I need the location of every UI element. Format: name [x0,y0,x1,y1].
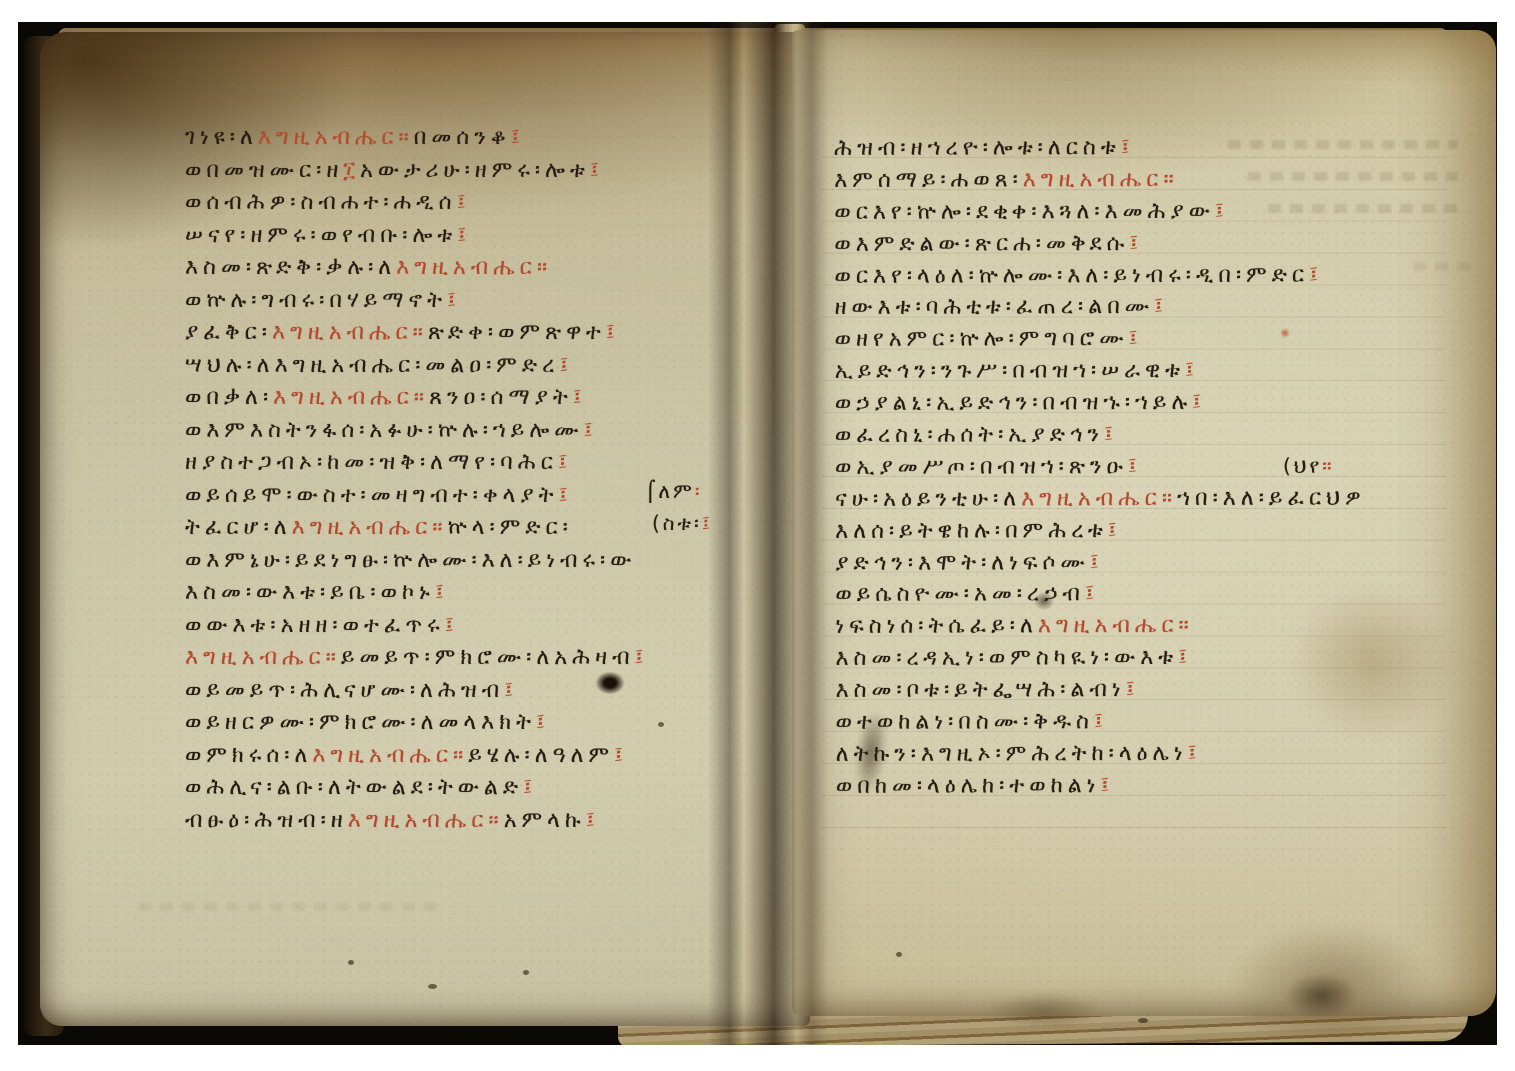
text-line: እስመ፡ረዳኢነ፡ወምስካዪነ፡ውእቱ፤ [835,644,1483,678]
ink-text: እስመ፡ቦቱ፡ይትፌሣሕ፡ልብነ [836,677,1126,703]
rubric-text: ፤ [590,158,604,183]
rubric-text: ፤ [435,580,449,605]
ink-text: ናሁ፡አዕይንቲሁ፡ለ [835,486,1021,511]
text-line: ለትኩን፡እግዚኦ፡ምሕረትከ፡ላዕሌነ፤ [836,740,1484,774]
rubric-text: ፤ [559,483,573,508]
ink-text: እምሰማይ፡ሐወጸ፡ [834,167,1023,192]
text-line: ወኃያልኒ፡ኢይድኅን፡በብዝኁ፡ኀይሉ፤ [835,389,1483,423]
ink-text: ወእምእስትንፋሰ፡አፉሁ፡ኵሉ፡ኀይሎሙ [185,418,584,443]
ink-text: ወኃያልኒ፡ኢይድኅን፡በብዝኁ፡ኀይሉ [835,390,1192,416]
ink-text: ወበመዝሙር፡ዘ [185,158,343,183]
rubric-text: ፤ [1085,582,1099,607]
ink-text: ሕዝብ፡ዘኀረዮ፡ሎቱ፡ለርስቱ [834,135,1121,161]
ink-text: አውታሪሁ፡ዘምሩ፡ሎቱ [360,158,590,183]
text-line: ወተወከልነ፡በስሙ፡ቅዱስ፤ [836,708,1484,742]
text-line: ብፁዕ፡ሕዝብ፡ዘእግዚአብሔር።አምላኩ፤ [185,808,791,841]
rubric-text: እግዚአብሔር። [1021,486,1177,511]
ink-text: ወይሴስዮሙ፡አመ፡ረኃብ [835,582,1085,608]
rubric-text: ፤ [584,418,598,443]
ink-text: ወይሰይሞ፡ውስተ፡መዛግብተ፡ቀላያት [185,483,559,508]
text-line: እግዚአብሔር።ይመይጥ፡ምክሮሙ፡ለአሕዛብ፤ [185,645,791,678]
rubric-text: ፤ [457,190,471,215]
text-line: ዘውእቱ፡ባሕቲቱ፡ፈጠረ፡ልበሙ፤ [835,294,1483,328]
rubric-text: ፤ [1108,518,1122,543]
text-block-left: ገነዩ፡ለእግዚአብሔር።በመሰንቆ፤ወበመዝሙር፡ዘ፲አውታሪሁ፡ዘምሩ፡ሎቱ… [185,125,791,840]
text-line: እለሰ፡ይትዌከሉ፡በምሕረቱ፤ [835,517,1483,551]
show-through-line [138,902,438,911]
ink-text: ዘውእቱ፡ባሕቲቱ፡ፈጠረ፡ልበሙ [835,294,1155,320]
text-line: ወእምእስትንፋሰ፡አፉሁ፡ኵሉ፡ኀይሎሙ፤ [185,418,791,451]
rubric-text: ፤ [1129,231,1143,256]
text-line: ትፈርሆ፡ለእግዚአብሔር።ኵላ፡ምድር፡(ስቱ፡፤ [185,515,791,548]
rubric-text: ፤ [1154,294,1168,319]
text-line: ወምክሩሰ፡ለእግዚአብሔር።ይሄሉ፡ለዓለም፤ [185,743,791,776]
text-line: እምሰማይ፡ሐወጸ፡እግዚአብሔር። [834,166,1482,200]
ink-text: ወተወከልነ፡በስሙ፡ቅዱስ [836,709,1094,735]
text-line: ወእምኔሁ፡ይደነግፁ፡ኵሎሙ፡እለ፡ይነብሩ፡ው [185,548,791,581]
rubric-text: ፤ [606,320,620,345]
ink-text: ገነዩ፡ለ [185,125,258,150]
text-line: ሠናየ፡ዘምሩ፡ወየብቡ፡ሎቱ፤ [185,223,791,256]
speck [896,952,902,957]
text-line: ወርእየ፡ላዕለ፡ኵሎሙ፡እለ፡ይነብሩ፡ዲበ፡ምድር፤ [834,262,1482,296]
marginal-note: (ስቱ፡፤ [652,511,713,535]
text-line: እስመ፡ውእቱ፡ይቤ፡ወኮኑ፤ [185,580,791,613]
ink-text: ብፁዕ፡ሕዝብ፡ዘ [185,808,348,833]
text-line: ወሕሊና፡ልቡ፡ለትውልደ፡ትውልድ፤ [185,775,791,808]
rubric-text: እግዚአብሔር። [185,645,341,670]
rubric-text: ። [1322,453,1334,477]
text-line: ወይመይጥ፡ሕሊናሆሙ፡ለሕዝብ፤ [185,678,791,711]
rubric-text: እግዚአብሔር። [348,808,504,833]
ink-text: ወኢያመሥጦ፡በብዝኀ፡ጽንዑ [835,454,1128,480]
ink-text: ጽድቀ፡ወምጽዋተ [428,320,606,345]
ink-text: ወሕሊና፡ልቡ፡ለትውልደ፡ትውልድ [185,775,523,800]
ink-text: ነፍስነሰ፡ትሴፈይ፡ለ [835,614,1037,640]
ink-text: አምላኩ [504,808,586,833]
ink-text: ወይዘርዎሙ፡ምክሮሙ፡ለመላእክት [185,710,536,735]
ink-text: እስመ፡ረዳኢነ፡ወምስካዪነ፡ውእቱ [835,645,1178,671]
rubric-text: ፤ [1128,454,1142,479]
rubric-text: ፤ [1100,773,1114,798]
rubric-text: ፤ [447,288,461,313]
ink-text: ወበከመ፡ላዕሌከ፡ተወከልነ [836,773,1101,799]
text-line: ወበቃለ፡እግዚአብሔር።ጸንዐ፡ሰማያት፤ [185,385,791,418]
ink-text: ወይመይጥ፡ሕሊናሆሙ፡ለሕዝብ [185,678,504,703]
marginal-note: ⌠ለም፡ [645,479,703,503]
rubric-text: ፤ [586,808,600,833]
rubric-text: ፤ [1090,550,1104,575]
ink-text: ⌠ለም [645,479,695,503]
text-line: ወኢያመሥጦ፡በብዝኀ፡ጽንዑ፤(ህየ። [835,453,1483,487]
text-line: ያድኅን፡እሞት፡ለነፍሶሙ፤ [835,549,1483,583]
text-line: እስመ፡ጽድቅ፡ቃሉ፡ለእግዚአብሔር። [185,255,791,288]
text-line: ወርእየ፡ኵሎ፡ደቂቀ፡እጓለ፡እመሕያው፤ [834,198,1482,232]
text-line: ወውእቱ፡አዘዘ፡ወተፈጥሩ፤ [185,613,791,646]
text-line: ያፈቅር፡እግዚአብሔር።ጽድቀ፡ወምጽዋተ፤ [185,320,791,353]
speck [348,960,354,965]
rubric-text: ፤ [573,385,587,410]
rubric-text: እግዚአብሔር። [1038,613,1194,638]
rubric-text: ፤ [1126,677,1140,702]
rubric-text: ፤ [614,743,628,768]
text-line: ገነዩ፡ለእግዚአብሔር።በመሰንቆ፤ [185,125,791,158]
rubric-text: ፤ [504,678,518,703]
rubric-text: ፤ [1185,358,1199,383]
rubric-text: እግዚአብሔር። [1023,167,1179,192]
text-line: ነፍስነሰ፡ትሴፈይ፡ለእግዚአብሔር። [835,613,1483,647]
ink-text: ወእምድልው፡ጽርሐ፡መቅደሱ [834,231,1129,257]
manuscript-photo: ገነዩ፡ለእግዚአብሔር።በመሰንቆ፤ወበመዝሙር፡ዘ፲አውታሪሁ፡ዘምሩ፡ሎቱ… [18,22,1497,1045]
rubric-text: ፤ [1129,326,1143,351]
rubric-text: ፤ [511,125,525,150]
rubric-text: ፤ [1309,262,1323,287]
text-line: ወኵሉ፡ግብሩ፡በሃይማኖት፤ [185,288,791,321]
text-line: ሕዝብ፡ዘኀረዮ፡ሎቱ፡ለርስቱ፤ [834,134,1482,168]
rubric-text: ፤ [1094,709,1108,734]
rubric-text: ፤ [445,613,459,638]
rubric-text: ፤ [635,645,649,670]
text-line: ወእምድልው፡ጽርሐ፡መቅደሱ፤ [834,230,1482,264]
ink-text: ጸንዐ፡ሰማያት [429,385,573,410]
ink-text: ኵላ፡ምድር፡ [448,515,573,540]
ink-text: በመሰንቆ [414,125,511,150]
text-line: ሣህሉ፡ለእግዚአብሔር፡መልዐ፡ምድረ፤ [185,353,791,386]
ink-text: ዘያስተጋብኦ፡ከመ፡ዝቅ፡ለማየ፡ባሕር [185,450,558,475]
corner-dark-stain [1286,974,1356,1018]
ink-text: ይሄሉ፡ለዓለም [468,743,614,768]
speck [428,984,437,989]
rubric-text: ፤ [536,710,550,735]
ink-text: ወርእየ፡ላዕለ፡ኵሎሙ፡እለ፡ይነብሩ፡ዲበ፡ምድር [834,262,1309,288]
rubric-text: ፤ [1121,135,1135,160]
rubric-text: እግዚአብሔር። [272,320,428,345]
rubric-text: ፤ [457,223,471,248]
ink-text: ሠናየ፡ዘምሩ፡ወየብቡ፡ሎቱ [185,223,457,248]
speck [1138,1018,1148,1023]
rubric-text: ፤ [559,353,573,378]
ink-text: እለሰ፡ይትዌከሉ፡በምሕረቱ [835,518,1108,544]
rubric-text: እግዚአብሔር። [292,515,448,540]
text-line: ወፈረስኒ፡ሐሰት፡ኢያድኅን፤ [835,421,1483,455]
ink-text: ያድኅን፡እሞት፡ለነፍሶሙ [835,550,1090,576]
ink-text: እስመ፡ውእቱ፡ይቤ፡ወኮኑ [185,580,435,605]
text-line: እስመ፡ቦቱ፡ይትፌሣሕ፡ልብነ፤ [836,676,1484,710]
rubric-text: እግዚአብሔር። [396,255,552,280]
rubric-text: ፤ [1104,422,1118,447]
text-line: ወሰብሕዎ፡ስብሐተ፡ሐዲሰ፤ [185,190,791,223]
ink-text: ኢይድኅን፡ንጉሥ፡በብዝኀ፡ሠራዊቱ [835,358,1185,384]
ink-text: ትፈርሆ፡ለ [185,515,292,540]
ink-text: ወዘየአምር፡ኵሎ፡ምግባሮሙ [835,326,1129,352]
rubric-text: ፤ [523,775,537,800]
text-line: ወዘየአምር፡ኵሎ፡ምግባሮሙ፤ [835,325,1483,359]
text-line: ወይሴስዮሙ፡አመ፡ረኃብ፤ [835,581,1483,615]
ink-text: (ስቱ፡ [652,511,702,535]
text-line: ኢይድኅን፡ንጉሥ፡በብዝኀ፡ሠራዊቱ፤ [835,357,1483,391]
ink-text: ይመይጥ፡ምክሮሙ፡ለአሕዛብ [341,645,635,670]
text-line: ወበከመ፡ላዕሌከ፡ተወከልነ፤ [836,772,1484,806]
rubric-text: እግዚአብሔር። [273,385,429,410]
ink-text: ለትኩን፡እግዚኦ፡ምሕረትከ፡ላዕሌነ [836,741,1188,767]
ink-text: ወእምኔሁ፡ይደነግፁ፡ኵሎሙ፡እለ፡ይነብሩ፡ው [185,548,636,573]
rubric-text: ፤ [702,511,713,535]
text-line: ወይዘርዎሙ፡ምክሮሙ፡ለመላእክት፤ [185,710,791,743]
ink-text: ወምክሩሰ፡ለ [185,743,312,768]
ink-text: ወሰብሕዎ፡ስብሐተ፡ሐዲሰ [185,190,457,215]
rubric-text: ፡ [695,479,703,503]
bottom-stain [990,994,1100,1028]
ink-text: ሣህሉ፡ለእግዚአብሔር፡መልዐ፡ምድረ [185,353,559,378]
rubric-text: ፤ [1192,390,1206,415]
rubric-text: ፤ [558,450,572,475]
text-block-right: ሕዝብ፡ዘኀረዮ፡ሎቱ፡ለርስቱ፤እምሰማይ፡ሐወጸ፡እግዚአብሔር።ወርእየ፡… [834,134,1484,805]
ink-text: ወበቃለ፡ [185,385,273,410]
ink-text: ወርእየ፡ኵሎ፡ደቂቀ፡እጓለ፡እመሕያው [834,199,1215,225]
text-line: ናሁ፡አዕይንቲሁ፡ለእግዚአብሔር።ኀበ፡እለ፡ይፈርህዎ [835,485,1483,519]
rubric-text: ፤ [1178,645,1192,670]
ink-text: ወውእቱ፡አዘዘ፡ወተፈጥሩ [185,613,445,638]
ink-text: (ህየ [1283,453,1322,477]
ink-text: ወፈረስኒ፡ሐሰት፡ኢያድኅን [835,422,1104,448]
rubric-text: ፤ [1188,741,1202,766]
rubric-text: ፤ [1215,199,1229,224]
rubric-text: እግዚአብሔር። [258,125,414,150]
speck [523,970,529,975]
rubric-text: ፲ [343,158,360,183]
ink-text: ወኵሉ፡ግብሩ፡በሃይማኖት [185,288,447,313]
rubric-text: እግዚአብሔር። [312,743,468,768]
ink-text: ኀበ፡እለ፡ይፈርህዎ [1177,485,1366,510]
text-line: ወበመዝሙር፡ዘ፲አውታሪሁ፡ዘምሩ፡ሎቱ፤ [185,158,791,191]
ink-text: እስመ፡ጽድቅ፡ቃሉ፡ለ [185,255,396,280]
marginal-note: (ህየ። [1283,453,1335,477]
ink-text: ያፈቅር፡ [185,320,272,345]
